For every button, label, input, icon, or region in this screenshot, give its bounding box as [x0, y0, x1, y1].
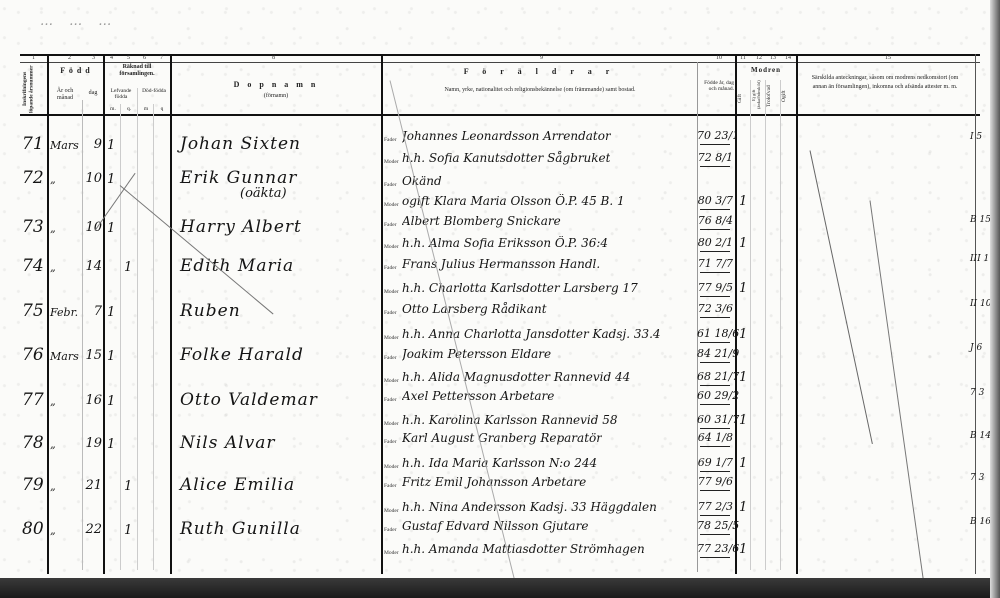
- baptismal-name-note: (oäkta): [240, 186, 287, 201]
- baptismal-name: Ruth Gunilla: [180, 519, 301, 539]
- parent-details: Fritz Emil Johansson Arbetare: [402, 475, 586, 489]
- living-male-count: 1: [107, 138, 115, 153]
- birthdate-underline: [700, 428, 730, 429]
- entry-number: 74: [22, 256, 44, 276]
- entry-number: 75: [22, 301, 44, 321]
- col-number: 9: [540, 55, 543, 61]
- parent-role-label: Moder: [384, 550, 399, 556]
- parent-details: Otto Larsberg Rådikant: [402, 302, 547, 316]
- baptismal-name: Otto Valdemar: [180, 390, 318, 410]
- living-female-count: 1: [124, 479, 132, 494]
- parent-role-label: Moder: [384, 464, 399, 470]
- baptismal-name: Ruben: [180, 301, 241, 321]
- header-dopnamn-sub: (förnamn): [171, 93, 381, 100]
- col-divider: [103, 54, 105, 574]
- header-modren: Modren: [736, 66, 796, 74]
- parent-birthdate: 77 9/6: [697, 475, 733, 488]
- parent-role-label: Moder: [384, 289, 399, 295]
- baptismal-name: Alice Emilia: [180, 475, 295, 495]
- mother-married-mark: 1: [739, 281, 747, 296]
- parent-details: Karl August Granberg Reparatör: [402, 431, 602, 445]
- col-number: 8: [272, 55, 275, 61]
- birthdate-underline: [700, 317, 730, 318]
- parent-role-label: Fader: [384, 439, 397, 445]
- parent-role-label: Moder: [384, 159, 399, 165]
- living-male-count: 1: [107, 349, 115, 364]
- living-male-count: 1: [107, 394, 115, 409]
- header-anteckningar: Särskilda anteckningar, såsom om modrens…: [805, 74, 965, 92]
- mother-married-mark: 1: [739, 456, 747, 471]
- col-divider: [120, 104, 121, 570]
- header-modren-gift: Gift: [737, 86, 749, 112]
- birth-month: „: [50, 173, 56, 186]
- parent-birthdate: 77 23/6: [697, 542, 733, 555]
- living-male-count: 1: [107, 305, 115, 320]
- header-lefvande: Lefvande födda: [104, 88, 138, 101]
- header-fodd-month: År och månad: [49, 88, 81, 102]
- baptismal-name: Edith Maria: [180, 256, 294, 276]
- mother-married-mark: 1: [739, 370, 747, 385]
- col-divider: [780, 80, 781, 570]
- margin-note: 7 3: [970, 473, 984, 483]
- margin-note: 7 3: [970, 388, 984, 398]
- header-fodd: F ö d d: [48, 66, 103, 75]
- col-number: 4: [110, 55, 113, 61]
- parent-details: Joakim Petersson Eldare: [402, 347, 551, 361]
- col-number: 5: [127, 55, 130, 61]
- parent-birthdate: 69 1/7: [697, 456, 733, 469]
- page-right-edge: [990, 0, 1000, 598]
- birthdate-underline: [700, 342, 730, 343]
- living-female-count: 1: [124, 260, 132, 275]
- parent-birthdate: 80 2/1: [697, 236, 733, 249]
- parent-details: h.h. Alma Sofia Eriksson Ö.P. 36:4: [402, 236, 608, 250]
- birth-month: „: [50, 222, 56, 235]
- parent-birthdate: 64 1/8: [697, 431, 733, 444]
- birthdate-underline: [700, 272, 730, 273]
- parent-role-label: Fader: [384, 310, 397, 316]
- parent-details: h.h. Charlotta Karlsdotter Larsberg 17: [402, 281, 638, 295]
- margin-note: B 15: [970, 215, 991, 225]
- birthdate-underline: [700, 229, 730, 230]
- margin-note: I 5: [970, 132, 982, 142]
- margin-note: II 10: [970, 299, 991, 309]
- margin-note: B 14: [970, 431, 991, 441]
- entry-number: 72: [22, 168, 44, 188]
- parent-birthdate: 61 18/6: [697, 327, 733, 340]
- margin-note: III 1: [970, 254, 989, 264]
- birth-month: Febr.: [50, 306, 78, 319]
- parent-details: h.h. Ida Maria Karlsson N:o 244: [402, 456, 597, 470]
- birthdate-underline: [700, 362, 730, 363]
- parent-details: Johannes Leonardsson Arrendator: [402, 129, 611, 143]
- parent-details: h.h. Anna Charlotta Jansdotter Kadsj. 33…: [402, 327, 661, 341]
- birthdate-underline: [700, 515, 730, 516]
- top-header-script: … … …: [40, 14, 500, 34]
- birthdate-underline: [700, 209, 730, 210]
- birth-day: 9: [82, 137, 102, 152]
- header-raknad: Räknad till församlingen.: [106, 64, 168, 78]
- birth-day: 16: [82, 393, 102, 408]
- col-divider: [137, 88, 138, 570]
- birthdate-underline: [700, 490, 730, 491]
- birthdate-underline: [700, 144, 730, 145]
- parent-birthdate: 70 23/1: [697, 129, 733, 142]
- parent-role-label: Moder: [384, 335, 399, 341]
- birthdate-underline: [700, 557, 730, 558]
- parent-role-label: Fader: [384, 355, 397, 361]
- col-number: 3: [92, 55, 95, 61]
- col-number: 14: [785, 55, 791, 61]
- header-fodd-day: dag: [83, 90, 103, 97]
- parent-birthdate: 84 21/9: [697, 347, 733, 360]
- col-number: 6: [143, 55, 146, 61]
- birthdate-underline: [700, 534, 730, 535]
- birth-month: Mars: [50, 139, 79, 152]
- parent-birthdate: 72 8/1: [697, 151, 733, 164]
- baptismal-name: Erik Gunnar: [180, 168, 297, 188]
- birthdate-underline: [700, 385, 730, 386]
- header-bottom-rule: [20, 114, 980, 116]
- parent-details: h.h. Sofia Kanutsdotter Sågbruket: [402, 151, 610, 165]
- birthdate-underline: [700, 296, 730, 297]
- col-number: 1: [32, 55, 35, 61]
- birth-month: „: [50, 395, 56, 408]
- parent-details: Gustaf Edvard Nilsson Gjutare: [402, 519, 588, 533]
- parent-role-label: Moder: [384, 202, 399, 208]
- parent-details: h.h. Nina Andersson Kadsj. 33 Häggdalen: [402, 500, 657, 514]
- header-foraldrar-sub: Namn, yrke, nationalitet och religionsbe…: [420, 87, 660, 94]
- margin-note: J 6: [970, 343, 982, 353]
- pencil-line: [870, 200, 927, 585]
- col-number: 11: [740, 55, 746, 61]
- col-divider: [170, 54, 172, 574]
- entry-number: 79: [22, 475, 44, 495]
- mother-married-mark: 1: [739, 413, 747, 428]
- col-divider: [153, 104, 154, 570]
- header-q: q: [156, 106, 168, 112]
- header-top-rule: [20, 54, 980, 56]
- col-divider: [47, 54, 49, 574]
- mother-married-mark: 1: [739, 327, 747, 342]
- birth-month: „: [50, 261, 56, 274]
- parent-birthdate: 76 8/4: [697, 214, 733, 227]
- entry-number: 80: [22, 519, 44, 539]
- entry-number: 71: [22, 134, 44, 154]
- col-number: 12: [756, 55, 762, 61]
- mother-married-mark: 1: [739, 236, 747, 251]
- parent-role-label: Fader: [384, 182, 397, 188]
- parent-birthdate: 60 31/7: [697, 413, 733, 426]
- entry-number: 73: [22, 217, 44, 237]
- mother-married-mark: 1: [739, 542, 747, 557]
- parent-role-label: Moder: [384, 378, 399, 384]
- baptismal-name: Harry Albert: [180, 217, 302, 237]
- col-divider: [765, 80, 766, 570]
- col-number: 13: [770, 55, 776, 61]
- header-dodfodda: Död-födda: [138, 88, 170, 94]
- parent-details: h.h. Amanda Mattiasdotter Strömhagen: [402, 542, 645, 556]
- parent-birthdate: 80 3/7: [697, 194, 733, 207]
- parent-role-label: Fader: [384, 137, 397, 143]
- parent-birthdate: 60 29/2: [697, 389, 733, 402]
- col-divider: [796, 54, 798, 574]
- parent-role-label: Fader: [384, 397, 397, 403]
- margin-note: B 16: [970, 517, 991, 527]
- birth-month: „: [50, 438, 56, 451]
- parent-role-label: Moder: [384, 508, 399, 514]
- birth-month: „: [50, 480, 56, 493]
- parent-birthdate: 72 3/6: [697, 302, 733, 315]
- parent-birthdate: 77 2/3: [697, 500, 733, 513]
- birth-day: 10: [82, 171, 102, 186]
- mother-married-mark: 1: [739, 500, 747, 515]
- living-female-count: 1: [124, 523, 132, 538]
- birthdate-underline: [700, 166, 730, 167]
- baptismal-name: Folke Harald: [180, 345, 304, 365]
- header-entry-number: Inskrifningens löpande årsnummer: [22, 64, 44, 114]
- birth-day: 15: [82, 348, 102, 363]
- header-modren-trolofvad: Trolofvad: [766, 80, 779, 112]
- living-male-count: 1: [107, 437, 115, 452]
- col-number: 2: [68, 55, 71, 61]
- parent-details: h.h. Alida Magnusdotter Rannevid 44: [402, 370, 630, 384]
- header-modren-ogift: Ogift: [781, 82, 795, 110]
- parent-birthdate: 71 7/7: [697, 257, 733, 270]
- birthdate-underline: [700, 446, 730, 447]
- parent-role-label: Moder: [384, 244, 399, 250]
- mother-married-mark: 1: [739, 194, 747, 209]
- header-fodde: Födde år, dag och månad.: [698, 80, 734, 93]
- birth-day: 14: [82, 259, 102, 274]
- parent-role-label: Fader: [384, 222, 397, 228]
- baptismal-name: Nils Alvar: [180, 433, 275, 453]
- col-number: 7: [160, 55, 163, 61]
- header-modren-ejgift: Ej gift (änka/frånskild): [751, 78, 764, 112]
- entry-number: 78: [22, 433, 44, 453]
- col-divider: [381, 54, 383, 574]
- entry-number: 76: [22, 345, 44, 365]
- birth-day: 22: [82, 522, 102, 537]
- baptismal-name: Johan Sixten: [180, 134, 301, 154]
- parent-details: Axel Pettersson Arbetare: [402, 389, 554, 403]
- birth-month: Mars: [50, 350, 79, 363]
- birth-day: 19: [82, 436, 102, 451]
- birth-day: 7: [82, 304, 102, 319]
- register-page: … … … 1 2 3 4 5 6 7 8 9 10 11 12 13 14 1…: [0, 0, 1000, 585]
- pencil-line: [120, 185, 274, 314]
- parent-role-label: Fader: [384, 265, 397, 271]
- parent-birthdate: 78 25/5: [697, 519, 733, 532]
- colnum-rule: [20, 62, 980, 63]
- header-foraldrar: F ö r ä l d r a r: [382, 67, 697, 76]
- header-q: q.: [123, 106, 135, 112]
- col-number: 15: [885, 55, 891, 61]
- parent-details: Okänd: [402, 174, 442, 188]
- living-male-count: 1: [107, 172, 115, 187]
- parent-birthdate: 68 21/7: [697, 370, 733, 383]
- parent-details: h.h. Karolina Karlsson Rannevid 58: [402, 413, 618, 427]
- parent-birthdate: 77 9/5: [697, 281, 733, 294]
- birthdate-underline: [700, 471, 730, 472]
- living-male-count: 1: [107, 221, 115, 236]
- birth-day: 21: [82, 478, 102, 493]
- parent-role-label: Moder: [384, 421, 399, 427]
- birthdate-underline: [700, 404, 730, 405]
- header-m: m.: [107, 106, 119, 112]
- birthdate-underline: [700, 251, 730, 252]
- header-dopnamn: D o p n a m n: [171, 80, 381, 89]
- header-m: m: [140, 106, 152, 112]
- birth-month: „: [50, 524, 56, 537]
- entry-number: 77: [22, 390, 44, 410]
- parent-details: Frans Julius Hermansson Handl.: [402, 257, 600, 271]
- parent-details: ogift Klara Maria Olsson Ö.P. 45 B. 1: [402, 194, 625, 208]
- pencil-line: [810, 150, 873, 444]
- col-number: 10: [716, 55, 722, 61]
- parent-role-label: Fader: [384, 483, 397, 489]
- col-divider: [750, 80, 751, 570]
- parent-role-label: Fader: [384, 527, 397, 533]
- page-bottom-edge: [0, 578, 1000, 598]
